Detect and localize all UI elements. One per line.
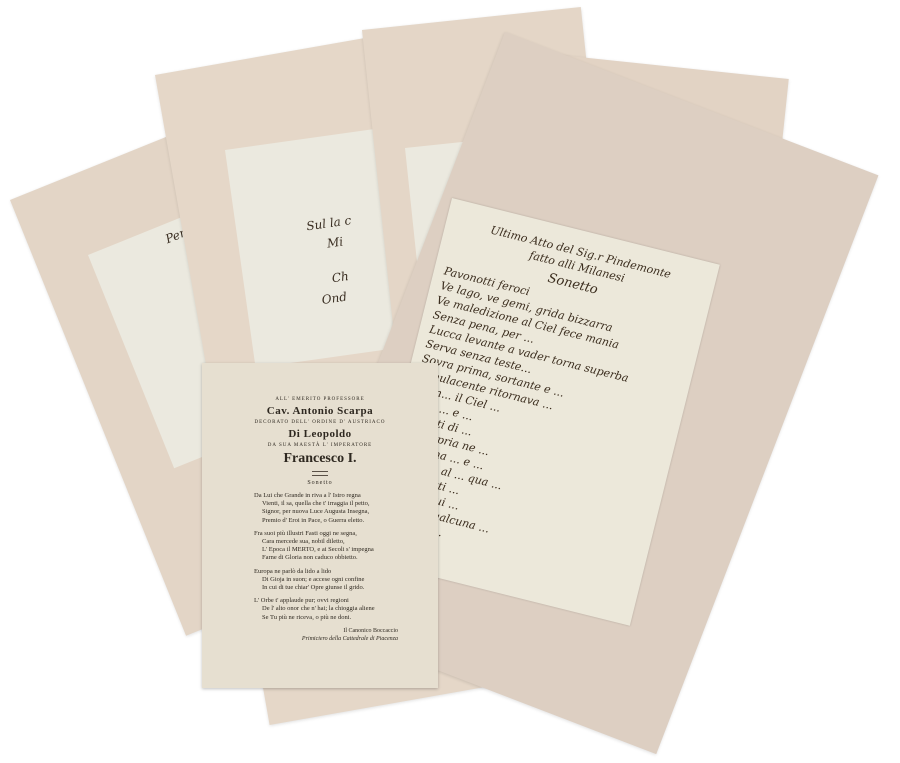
verse-line: L' Orbe t' applaude pur; ovvi regioni: [254, 597, 438, 605]
verse-line: Signor, per nuova Luce Augusta Insegna,: [254, 508, 438, 516]
handwriting-fragment: Mi: [326, 235, 344, 251]
verse-line: Da Lui che Grande in riva a l' Istro reg…: [254, 492, 438, 500]
verse-line: Di Gioja in suon; e accese ogni confine: [254, 576, 438, 584]
honoree-name: Cav. Antonio Scarpa: [202, 404, 438, 418]
verse-line: Europa ne parlò da lido a lido: [254, 568, 438, 576]
stanza-1: Da Lui che Grande in riva a l' Istro reg…: [202, 492, 438, 525]
verse-line: Premio d' Eroi in Pace, o Guerra eletto.: [254, 517, 438, 525]
verse-line: Fra suoi più illustri Fasti oggi ne segn…: [254, 530, 438, 538]
handwriting-fragment: Ond: [321, 290, 348, 307]
signature-name: Il Canonico Boccaccio: [202, 627, 438, 635]
verse-line: L' Epoca il MERTO, e ai Secoli s' impegn…: [254, 546, 438, 554]
verse-line: Se Tu più ne riceva, o più ne doni.: [254, 614, 438, 622]
signature-title: Primiciero della Cattedrale di Piacenza: [202, 635, 438, 643]
handwriting-fragment: Ch: [331, 269, 350, 285]
verse-line: Cara mercede sua, nobil diletto,: [254, 538, 438, 546]
verse-line: De l' alto onor che n' hai; la chioggia …: [254, 605, 438, 613]
handwriting-fragment: Sul la c: [305, 213, 352, 233]
stanza-3: Europa ne parlò da lido a lido Di Gioja …: [202, 568, 438, 593]
stanza-4: L' Orbe t' applaude pur; ovvi regioni De…: [202, 597, 438, 622]
order-line: Decorato dell' ordine d' Austriaco: [202, 418, 438, 427]
verse-line: Vienti, il sa, quella che t' irraggia il…: [254, 500, 438, 508]
stanza-2: Fra suoi più illustri Fasti oggi ne segn…: [202, 530, 438, 563]
by-line: Da sua maestà l' imperatore: [202, 441, 438, 450]
ornamental-rule: [312, 471, 328, 476]
printed-sonnet-sheet: All' emerito professore Cav. Antonio Sca…: [202, 363, 438, 688]
verse-line: Farne di Gloria non caduco obbietto.: [254, 554, 438, 562]
dedication-line: All' emerito professore: [202, 395, 438, 404]
document-fan-photo: Per Sul la c Mi Ch Ond Ultimo Atto del S…: [0, 0, 900, 763]
emperor-name: Francesco I.: [202, 450, 438, 468]
order-name: Di Leopoldo: [202, 427, 438, 441]
verse-line: In cui di tue chiar' Opre giunse il grid…: [254, 584, 438, 592]
sonnet-heading: Sonetto: [202, 480, 438, 486]
